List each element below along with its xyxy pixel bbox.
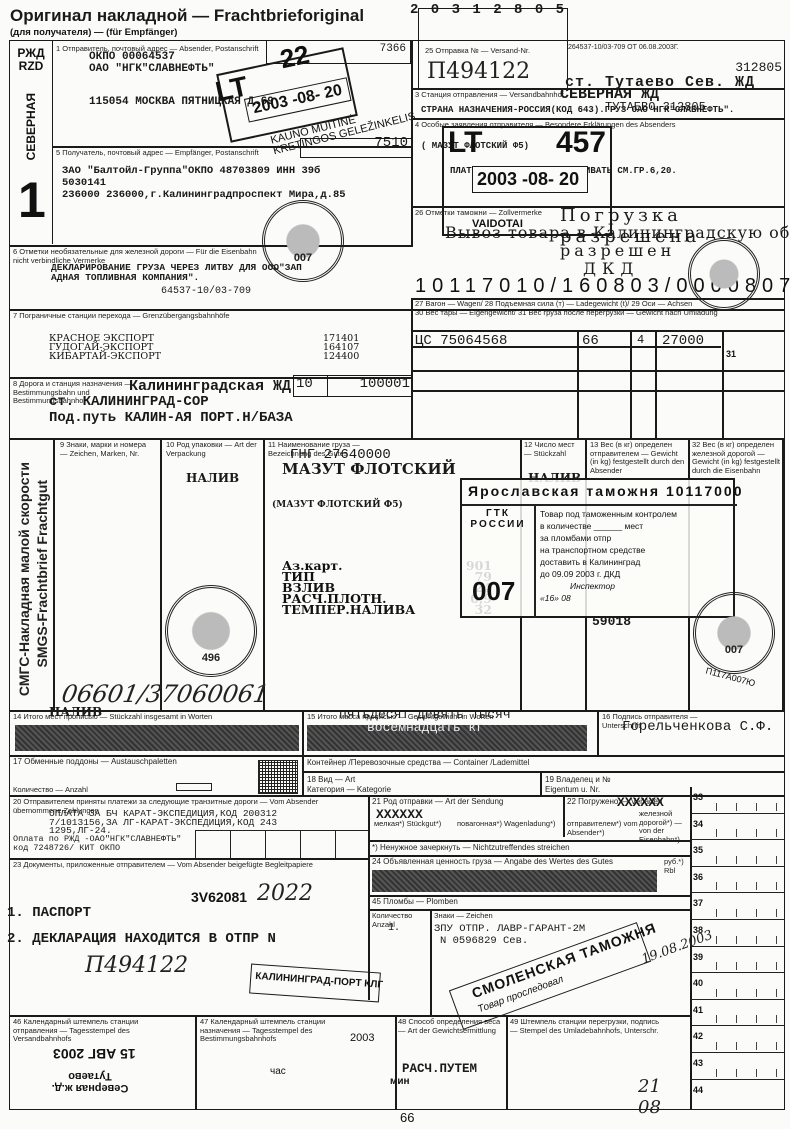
- stamp-text-line: до 09.09 2003 г. ДКД: [540, 568, 735, 580]
- stamp-text-line: Инспектор: [570, 580, 735, 592]
- transshipment-hand-note: 21 08: [638, 1076, 688, 1118]
- box-border-stations: 7 Пограничные станции перехода — Grenzüb…: [13, 312, 409, 376]
- box-weight-method: 48 Способ определения веса — Art der Gew…: [398, 1018, 506, 1106]
- code-box-number: 35: [693, 845, 703, 855]
- consignee-line1: ЗАО "Балтойл-Группа"ОКПО 48703809 ИНН 39…: [62, 165, 320, 177]
- box-total-pieces: 14 Итого мест прописью — Stückzahl insge…: [13, 713, 303, 753]
- shipment-type-label: 21 Род отправки — Art der Sendung: [372, 798, 562, 807]
- document-item-1: 1. ПАСПОРТ: [7, 905, 91, 921]
- code-box-number: 40: [693, 978, 703, 988]
- owner-label-1: 19 Владелец и №: [545, 775, 611, 785]
- consignee-code-box: 7510: [300, 138, 413, 158]
- box-pallets: 17 Обменные поддоны — Austauschpaletten …: [13, 758, 303, 798]
- pieces-label: 12 Число мест — Stückzahl: [524, 441, 584, 458]
- code-box-number: 37: [693, 898, 703, 908]
- railway-notes-line3: 64537-10/03-709: [161, 286, 251, 297]
- code-box: 42: [691, 1026, 785, 1053]
- destination-track: Под.путь КАЛИН-АЯ ПОРТ.Н/БАЗА: [49, 410, 293, 426]
- yaroslavl-stamp-title: Ярославская таможня 10117000: [468, 483, 743, 499]
- round-seal-icon: [688, 238, 760, 310]
- goods-name-detail: (МАЗУТ ФЛОТСКИЙ Ф5): [272, 500, 403, 510]
- stamp-text-line: Товар под таможенным контролем: [540, 508, 735, 520]
- loaded-by-option-2: железной дорогой*) — von der Eisenbahn*): [639, 810, 689, 844]
- code-box: 34: [691, 814, 785, 841]
- consignee-code: 7510: [374, 135, 408, 151]
- pallet-icon: [176, 783, 212, 791]
- code-box: 43: [691, 1053, 785, 1080]
- stamp-text-line: на транспортном средстве: [540, 544, 735, 556]
- rzd-label: РЖД RZD: [10, 47, 52, 73]
- destination-code-b: 100001: [328, 376, 412, 396]
- destination-railway: Калининградская ЖД: [129, 378, 291, 395]
- seal-number: 007: [294, 252, 312, 264]
- loaded-by-option-1: отправителем*) vom Absender*): [567, 820, 639, 837]
- payment-lines: Оплата по РЖД -ОАО"НГК"СЛАВНЕФТЬ" код 72…: [13, 835, 181, 853]
- departure-date-stamp-label: 46 Календарный штемпель станции отправле…: [13, 1018, 173, 1044]
- code-box: 44: [691, 1080, 785, 1107]
- page-subtitle: (для получателя) — (für Empfänger): [10, 27, 177, 38]
- document-item-2: 2. ДЕКЛАРАЦИЯ НАХОДИТСЯ В ОТПР N: [7, 931, 276, 947]
- round-seal-icon: 007: [262, 200, 344, 282]
- border-station-code: 124400: [323, 352, 359, 361]
- documents-hand-reference: П494122: [85, 953, 188, 978]
- declared-value-label: 24 Объявленная ценность груза — Angabe d…: [372, 858, 688, 867]
- code-box: 35: [691, 840, 785, 867]
- code-box: 37: [691, 893, 785, 920]
- wagon-capacity: 66: [582, 333, 599, 349]
- departure-date-stamp-station: Северная ж.д. Тутаево: [35, 1070, 145, 1094]
- smgs-title-de: SMGS-Frachtbrief Frachtgut: [34, 480, 50, 667]
- border-station-name: КИБАРТАЙ-ЭКСПОРТ: [49, 352, 161, 361]
- transit-code-cells: [195, 830, 370, 858]
- sender-name: ОАО "НГК"СЛАВНЕФТЬ": [89, 63, 214, 75]
- code-box-number: 43: [693, 1058, 703, 1068]
- shipment-number-label: 25 Отправка № — Versand-Nr.: [425, 47, 530, 56]
- container-grid-icon: [258, 760, 298, 794]
- border-stations-label: 7 Пограничные станции перехода — Grenzüb…: [13, 312, 409, 321]
- yaroslavl-stamp-text: Товар под таможенным контролем в количес…: [540, 508, 735, 604]
- wagon-axles: 4: [637, 333, 644, 347]
- destination-code-a: 10: [294, 376, 328, 396]
- code-box: 40: [691, 973, 785, 1000]
- code-box: 41: [691, 1000, 785, 1027]
- box-shipment-type: 21 Род отправки — Art der Sendung XXXXXX…: [372, 798, 562, 840]
- loaded-by-mark: XXXXXX: [617, 795, 664, 810]
- declared-value-unit: руб.*) Rbl: [664, 858, 686, 875]
- box-station: 3 Станция отправления — Versandbahnhof С…: [415, 91, 783, 117]
- shipment-type-option-2: повагонная*) Wagenladung*): [457, 820, 557, 829]
- box-transshipment-stamp: 49 Штемпель станции перегрузки, подпись …: [510, 1018, 688, 1106]
- stamp-text-line: доставить в Калининград: [540, 556, 735, 568]
- total-weight-words-2: восемнадцать кг: [367, 720, 484, 735]
- box-owner: 19 Владелец и № Eigentum u. Nr.: [545, 775, 611, 795]
- station-value: СТРАНА НАЗНАЧЕНИЯ-РОССИЯ(КОД 643).ГРУЗ О…: [421, 105, 734, 115]
- arrival-date-stamp-label: 47 Календарный штемпель станции назначен…: [200, 1018, 365, 1044]
- container-label: Контейнер /Перевозочные средства — Conta…: [307, 759, 529, 768]
- code-box-number: 33: [693, 792, 703, 802]
- payment-line: код 7248726/ КИТ ОКПО: [13, 844, 181, 853]
- box-sender-signature: 16 Подпись отправителя — Unterschrift Го…: [602, 713, 784, 753]
- sender-okpo: ОКПО 00064537: [89, 51, 175, 63]
- box-declared-value: 24 Объявленная ценность груза — Angabe d…: [372, 858, 688, 894]
- code-box: 33: [691, 787, 785, 814]
- param-key: ТЕМПЕР.НАЛИВА: [282, 604, 415, 615]
- code-box-number: 34: [693, 819, 703, 829]
- customs-line3: разрешен: [560, 241, 675, 260]
- lt2-stamp-date: 2003 -08- 20: [472, 166, 588, 193]
- seals-marks-label: Знаки — Zeichen: [434, 912, 493, 921]
- sender-code: 7366: [380, 43, 406, 55]
- smgs-title: СМГС-Накладная малой скорости: [16, 462, 32, 696]
- category-label-1: 18 Вид — Art: [307, 775, 391, 785]
- code-box-number: 42: [693, 1031, 703, 1041]
- stamp-text-line: за пломбами отпр: [540, 532, 735, 544]
- documents-stamp-number: 3V62081: [191, 889, 247, 905]
- yaroslavl-stamp-gtk: ГТК РОССИИ: [464, 508, 532, 530]
- code-box-number: 39: [693, 952, 703, 962]
- box-railway-notes: 6 Отметки необязательные для железной до…: [13, 248, 409, 308]
- owner-label-2: Eigentum u. Nr.: [545, 785, 611, 795]
- yaroslavl-customs-stamp: Ярославская таможня 10117000 ГТК РОССИИ …: [460, 478, 735, 618]
- lt-stamp-date: 2003 -08- 20: [244, 77, 351, 122]
- departure-date-stamp-value: 15 АВГ 2003: [53, 1046, 136, 1062]
- wagon-tare: 27000: [662, 333, 704, 349]
- shipment-type-option-1: мелкая*) Stückgut*): [374, 820, 444, 829]
- yaroslavl-stamp-number: 007: [472, 576, 515, 607]
- box-arrival-date-stamp: 47 Календарный штемпель станции назначен…: [200, 1018, 395, 1106]
- packing-label: 10 Род упаковки — Art der Verpackung: [166, 441, 260, 458]
- pallets-qty-label: Количество — Anzahl: [13, 786, 88, 795]
- arrival-stamp-hours: час: [270, 1066, 286, 1077]
- code-box-number: 44: [693, 1085, 703, 1095]
- seals-label: 45 Пломбы — Plomben: [372, 898, 458, 907]
- total-pieces-value: НАЛИВ: [49, 705, 102, 719]
- shipment-number-value: П494122: [427, 59, 530, 84]
- code-box-number: 36: [693, 872, 703, 882]
- box-departure-date-stamp: 46 Календарный штемпель станции отправле…: [13, 1018, 193, 1106]
- lt2-stamp-code: LT: [448, 126, 482, 160]
- box-shipment-number: 25 Отправка № — Versand-Nr. П494122: [418, 8, 568, 90]
- goods-name: МАЗУТ ФЛОТСКИЙ: [282, 460, 456, 478]
- seals-marks-line2: N 0596829 Сев.: [440, 935, 528, 947]
- box-total-weight: 15 Итого масса прописью — Gesamtgewicht …: [307, 713, 597, 753]
- copy-number: 1: [18, 171, 46, 229]
- seals-marks-line1: ЗПУ ОТПР. ЛАВР-ГАРАНТ-2М: [434, 923, 585, 935]
- page-number: 66: [400, 1110, 414, 1125]
- seal-number: 496: [202, 652, 220, 664]
- railway-weight-label: 32 Вес (в кг) определен железной дорогой…: [692, 441, 782, 475]
- round-seal-icon: 496: [165, 585, 257, 677]
- sender-weight-label: 13 Вес (в кг) определен отправителем — G…: [590, 441, 686, 475]
- seal-number: 007: [725, 644, 743, 656]
- departure-code: 312805: [735, 60, 782, 75]
- documents-hand-number: 2022: [257, 881, 313, 906]
- stamp-text-line: в количестве ______ мест: [540, 520, 735, 532]
- customs-line2: Вывоз товара в Калининградскую область: [445, 223, 790, 242]
- documents-label: 23 Документы, приложенные отправителем —…: [13, 861, 343, 870]
- col31-label: 31: [726, 349, 736, 359]
- lt-stamp-number: 22: [277, 39, 312, 75]
- railway-label: СЕВЕРНАЯ: [24, 93, 38, 160]
- transshipment-stamp-label: 49 Штемпель станции перегрузки, подпись …: [510, 1018, 660, 1035]
- packing-value: НАЛИВ: [186, 471, 239, 485]
- page-title: Оригинал накладной — Frachtbrieforiginal: [10, 6, 364, 26]
- arrival-stamp-year: 2003: [350, 1032, 374, 1044]
- round-seal-icon: 007: [693, 592, 775, 674]
- wagon-number: ЦС 75064568: [415, 333, 507, 349]
- departure-ref: 264537-10/03-709 ОТ 06.08.2003Г.: [568, 44, 784, 53]
- destination-station: ст. КАЛИНИНГРАД-СОР: [49, 394, 209, 410]
- code-box-number: 41: [693, 1005, 703, 1015]
- weight-method-value: РАСЧ.ПУТЕМ: [402, 1062, 477, 1076]
- category-label-2: Категория — Kategorie: [307, 785, 391, 795]
- box-category: 18 Вид — Art Категория — Kategorie: [307, 775, 391, 795]
- box-consignee: 5 Получатель, почтовый адрес — Empfänger…: [56, 149, 411, 244]
- sender-signature-value: Горельченкова С.Ф.: [622, 719, 773, 735]
- destination-code-box: 10 100001: [293, 375, 413, 397]
- lt2-stamp-number: 457: [556, 126, 606, 160]
- handwritten-seal-numbers: 06601/37060061: [60, 680, 272, 708]
- strike-note: *) Ненужное зачеркнуть — Nichtzutreffend…: [372, 844, 570, 853]
- railway-notes-line2: АДНАЯ ТОПЛИВНАЯ КОМПАНИЯ".: [51, 272, 199, 283]
- right-code-boxes: 33 34 35 36 37 38 39 40 41 42 43 44: [691, 787, 785, 1107]
- code-box: 36: [691, 867, 785, 894]
- consignee-line2: 5030141: [62, 177, 106, 189]
- goods-params: Аз.карт. ТИП ВЗЛИВ РАСЧ.ПЛОТН. ТЕМПЕР.НА…: [282, 560, 415, 615]
- marks-label: 9 Знаки, марки и номера — Zeichen, Marke…: [60, 441, 155, 458]
- box-loaded-by: 22 Погружено — Verladen XXXXXX отправите…: [567, 798, 687, 840]
- code-box: 39: [691, 947, 785, 974]
- seals-qty-value: 1.: [388, 923, 400, 934]
- rzd-column: РЖД RZD СЕВЕРНАЯ 1: [10, 41, 53, 244]
- weight-method-label: 48 Способ определения веса — Art der Gew…: [398, 1018, 503, 1035]
- station-label: 3 Станция отправления — Versandbahnhof: [415, 91, 783, 100]
